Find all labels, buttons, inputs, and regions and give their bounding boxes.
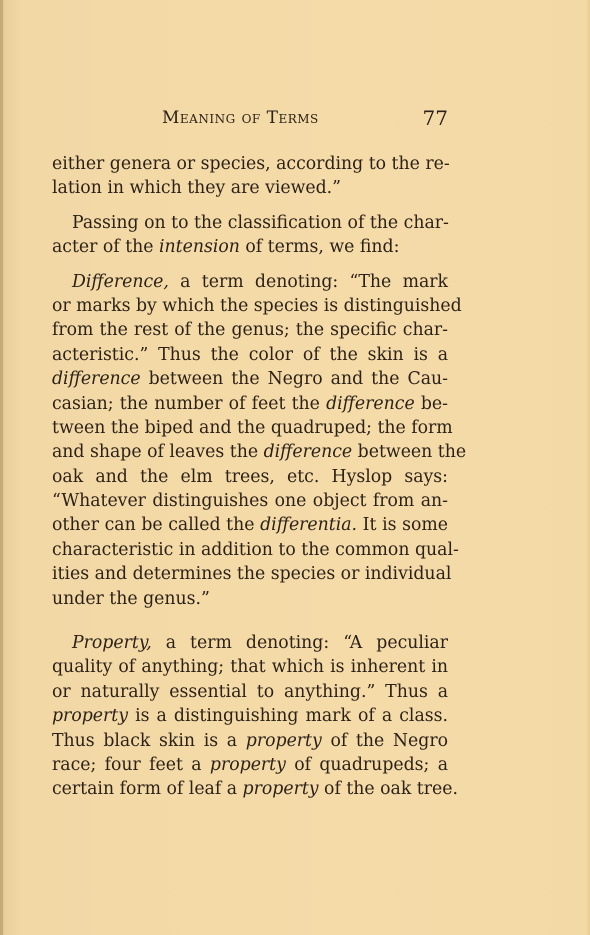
text-line: from the rest of the genus; the specific… — [52, 318, 448, 342]
italic-term: property — [210, 755, 286, 775]
text-line: casian; the number of feet the differenc… — [52, 392, 448, 416]
text-line: difference between the Negro and the Cau… — [52, 367, 448, 391]
italic-term: differentia. — [260, 515, 357, 535]
text-line: and shape of leaves the difference betwe… — [52, 440, 448, 464]
running-head: Meaning of Terms 77 — [162, 106, 448, 132]
body-text: either genera or species, according to t… — [52, 152, 448, 802]
paragraph-continuation: either genera or species, according to t… — [52, 152, 448, 201]
italic-term: property — [246, 731, 322, 751]
text-line: or naturally essential to anything.” Thu… — [52, 680, 448, 704]
text-line: quality of anything; that which is inher… — [52, 655, 448, 679]
text-line: ities and determines the species or indi… — [52, 562, 448, 586]
text-line: Difference, a term denoting: “The mark — [52, 270, 448, 294]
italic-term: difference — [326, 394, 415, 414]
text-line: property is a distinguishing mark of a c… — [52, 704, 448, 728]
running-title: Meaning of Terms — [162, 108, 319, 128]
italic-term: difference — [52, 369, 141, 389]
text-line: Property, a term denoting: “A peculiar — [52, 631, 448, 655]
text-line: or marks by which the species is disting… — [52, 294, 448, 318]
text-line: Thus black skin is a property of the Neg… — [52, 729, 448, 753]
italic-term: property — [52, 706, 128, 726]
text-line: tween the biped and the quadruped; the f… — [52, 416, 448, 440]
text-line: “Whatever distinguishes one object from … — [52, 489, 448, 513]
text-line: acteristic.” Thus the color of the skin … — [52, 343, 448, 367]
text-line: certain form of leaf a property of the o… — [52, 777, 448, 801]
text-line: Passing on to the classification of the … — [52, 211, 448, 235]
text-line: acter of the intension of terms, we find… — [52, 235, 448, 259]
definition-term: Property, — [72, 633, 152, 653]
text-line: either genera or species, according to t… — [52, 152, 448, 176]
text-line: lation in which they are viewed.” — [52, 176, 448, 200]
paragraph-intension-intro: Passing on to the classification of the … — [52, 211, 448, 260]
book-page: Meaning of Terms 77 either genera or spe… — [0, 0, 590, 935]
italic-term: difference — [264, 442, 353, 462]
text-line: race; four feet a property of quadrupeds… — [52, 753, 448, 777]
italic-term: intension — [159, 237, 240, 257]
italic-term: property — [243, 779, 319, 799]
text-line: oak and the elm trees, etc. Hyslop says: — [52, 465, 448, 489]
text-line: other can be called the differentia. It … — [52, 513, 448, 537]
text-line: under the genus.” — [52, 587, 448, 611]
page-number: 77 — [423, 106, 448, 130]
paragraph-property: Property, a term denoting: “A peculiar q… — [52, 631, 448, 802]
text-line: characteristic in addition to the common… — [52, 538, 448, 562]
paragraph-difference: Difference, a term denoting: “The mark o… — [52, 270, 448, 611]
definition-term: Difference, — [72, 272, 169, 292]
